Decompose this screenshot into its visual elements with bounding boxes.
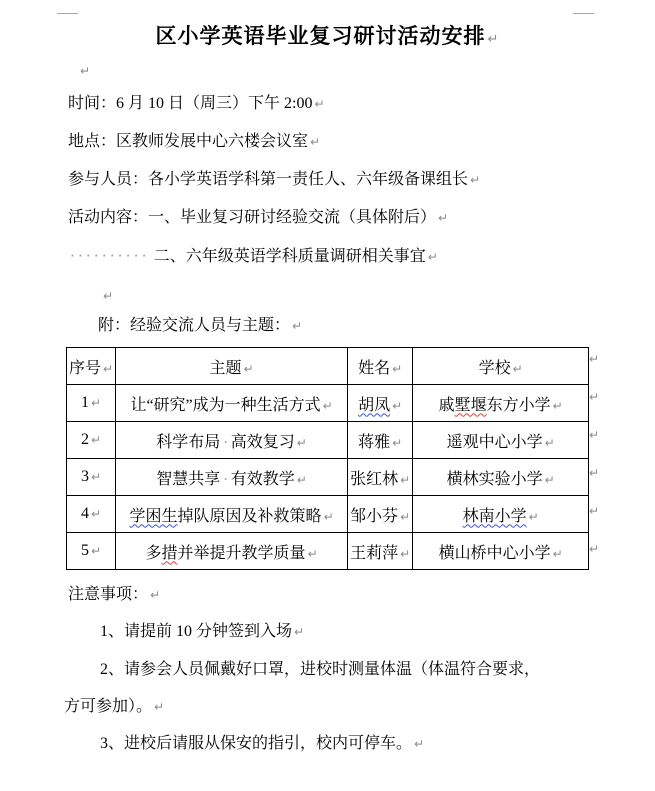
pilcrow-mark: ↵	[392, 399, 402, 413]
header-school-text: 学校	[479, 360, 511, 377]
space-mark: ·	[223, 472, 227, 488]
participants-text: 参与人员：各小学英语学科第一责任人、六年级备课组长	[68, 171, 468, 188]
paragraph-note-2-line-2: 方可参加）。↵	[64, 696, 164, 718]
pilcrow-mark: ↵	[154, 700, 164, 714]
paragraph-time: 时间：6 月 10 日（周三）下午 2:00↵	[68, 93, 325, 115]
cell-school: 横林实验小学↵	[413, 459, 589, 496]
pilcrow-mark: ↵	[428, 250, 438, 264]
row-no: 4	[81, 505, 89, 522]
pilcrow-mark: ↵	[545, 436, 555, 450]
cell-no: 1↵	[67, 385, 116, 422]
pilcrow-mark: ↵	[292, 319, 302, 333]
header-name-text: 姓名	[358, 360, 390, 377]
table-row: 3↵ 智慧共享·有效教学↵ 张红林↵ 横林实验小学↵	[67, 459, 589, 496]
row-no: 5	[81, 542, 89, 559]
speakers-table: 序号↵ 主题↵ 姓名↵ 学校↵ 1↵ 让“研究”成为一种生活方式↵ 胡凤↵ 戚墅…	[66, 347, 589, 570]
cell-theme: 让“研究”成为一种生活方式↵	[116, 385, 348, 422]
header-cell-name: 姓名↵	[348, 348, 413, 385]
school-text: 墅堰	[455, 397, 487, 414]
theme-text: 让“研究”成为一种生活方式	[130, 397, 320, 414]
theme-text: 有效教学	[231, 471, 295, 488]
content-1-text: 活动内容：一、毕业复习研讨经验交流（具体附后）	[68, 209, 436, 226]
table-row: 4↵ 学困生掉队原因及补救策略↵ 邹小芬↵ 林南小学↵	[67, 496, 589, 533]
cell-name: 邹小芬↵	[348, 496, 413, 533]
space-mark: ·	[223, 435, 227, 451]
note-1-text: 1、请提前 10 分钟签到入场	[100, 623, 292, 640]
note-3-text: 3、进校后请服从保安的指引，校内可停车。	[100, 735, 412, 752]
theme-text: 学困生	[130, 508, 178, 525]
pilcrow-mark: ↵	[314, 97, 324, 111]
note-2-text-cont: 方可参加）。	[64, 698, 152, 715]
cell-name: 王莉萍↵	[348, 533, 413, 570]
cell-no: 3↵	[67, 459, 116, 496]
empty-paragraph-mark: ↵	[78, 60, 90, 82]
cell-school: 横山桥中心小学↵	[413, 533, 589, 570]
pilcrow-mark: ↵	[308, 547, 318, 561]
table-header-row: 序号↵ 主题↵ 姓名↵ 学校↵	[67, 348, 589, 385]
row-no: 1	[81, 394, 89, 411]
crop-mark-top-right	[573, 13, 594, 14]
space-marks: ··········	[70, 247, 150, 265]
row-no: 3	[81, 468, 89, 485]
cell-no: 2↵	[67, 422, 116, 459]
attachment-text: 附：经验交流人员与主题：	[98, 317, 290, 334]
row-end-mark: ↵	[589, 428, 599, 442]
pilcrow-mark: ↵	[392, 362, 402, 376]
pilcrow-mark: ↵	[150, 588, 160, 602]
header-no-text: 序号	[69, 360, 101, 377]
header-cell-school: 学校↵	[413, 348, 589, 385]
document-page: 区小学英语毕业复习研讨活动安排↵ ↵ 时间：6 月 10 日（周三）下午 2:0…	[0, 0, 655, 791]
theme-text: 掉队原因及补救策略	[178, 508, 322, 525]
pilcrow-mark: ↵	[244, 362, 254, 376]
paragraph-note-1: 1、请提前 10 分钟签到入场↵	[100, 621, 304, 643]
theme-text: 智慧共享	[156, 471, 220, 488]
pilcrow-mark: ↵	[91, 544, 101, 558]
header-theme-text: 主题	[210, 360, 242, 377]
theme-text: 措	[162, 545, 178, 562]
cell-name: 张红林↵	[348, 459, 413, 496]
pilcrow-mark: ↵	[103, 289, 113, 303]
cell-no: 5↵	[67, 533, 116, 570]
content-2-text: 二、六年级英语学科质量调研相关事宜	[154, 248, 426, 265]
cell-school: 遥观中心小学↵	[413, 422, 589, 459]
pilcrow-mark: ↵	[91, 396, 101, 410]
cell-theme: 智慧共享·有效教学↵	[116, 459, 348, 496]
pilcrow-mark: ↵	[553, 399, 563, 413]
pilcrow-mark: ↵	[91, 433, 101, 447]
pilcrow-mark: ↵	[91, 470, 101, 484]
cell-name: 蒋雅↵	[348, 422, 413, 459]
paragraph-participants: 参与人员：各小学英语学科第一责任人、六年级备课组长↵	[68, 169, 480, 191]
paragraph-content-1: 活动内容：一、毕业复习研讨经验交流（具体附后）↵	[68, 207, 448, 229]
name-text: 王莉萍	[350, 545, 398, 562]
paragraph-note-2-line-1: 2、请参会人员佩戴好口罩，进校时测量体温（体温符合要求，	[100, 659, 540, 681]
pilcrow-mark: ↵	[400, 473, 410, 487]
pilcrow-mark: ↵	[529, 510, 539, 524]
school-text: 戚	[439, 397, 455, 414]
row-end-mark: ↵	[589, 542, 599, 556]
school-text: 东方小学	[487, 397, 551, 414]
pilcrow-mark: ↵	[80, 64, 90, 78]
theme-text: 科学布局	[156, 434, 220, 451]
theme-text: 高效复习	[231, 434, 295, 451]
school-text: 横林实验小学	[447, 471, 543, 488]
table-row: 5↵ 多措并举提升教学质量↵ 王莉萍↵ 横山桥中心小学↵	[67, 533, 589, 570]
pilcrow-mark: ↵	[400, 547, 410, 561]
time-text: 时间：6 月 10 日（周三）下午 2:00	[68, 95, 312, 112]
name-text: 胡凤	[358, 397, 390, 414]
cell-no: 4↵	[67, 496, 116, 533]
pilcrow-mark: ↵	[103, 362, 113, 376]
pilcrow-mark: ↵	[294, 625, 304, 639]
cell-name: 胡凤↵	[348, 385, 413, 422]
pilcrow-mark: ↵	[400, 510, 410, 524]
document-title-text: 区小学英语毕业复习研讨活动安排	[156, 24, 486, 48]
pilcrow-mark: ↵	[323, 399, 333, 413]
table-row: 2↵ 科学布局·高效复习↵ 蒋雅↵ 遥观中心小学↵	[67, 422, 589, 459]
pilcrow-mark: ↵	[513, 362, 523, 376]
pilcrow-mark: ↵	[392, 436, 402, 450]
header-cell-no: 序号↵	[67, 348, 116, 385]
theme-text: 并举提升教学质量	[178, 545, 306, 562]
table-row: 1↵ 让“研究”成为一种生活方式↵ 胡凤↵ 戚墅堰东方小学↵	[67, 385, 589, 422]
row-end-mark: ↵	[589, 466, 599, 480]
pilcrow-mark: ↵	[414, 737, 424, 751]
row-end-mark: ↵	[589, 390, 599, 404]
school-text: 横山桥中心小学	[439, 545, 551, 562]
notes-title-text: 注意事项：	[68, 586, 148, 603]
row-no: 2	[81, 431, 89, 448]
paragraph-place: 地点：区教师发展中心六楼会议室↵	[68, 131, 320, 153]
note-2-text: 2、请参会人员佩戴好口罩，进校时测量体温（体温符合要求，	[100, 661, 540, 678]
paragraph-attachment: 附：经验交流人员与主题：↵	[98, 315, 302, 337]
paragraph-note-3: 3、进校后请服从保安的指引，校内可停车。↵	[100, 733, 424, 755]
pilcrow-mark: ↵	[91, 507, 101, 521]
pilcrow-mark: ↵	[297, 473, 307, 487]
document-title: 区小学英语毕业复习研讨活动安排↵	[0, 20, 655, 50]
pilcrow-mark: ↵	[438, 211, 448, 225]
cell-school: 林南小学↵	[413, 496, 589, 533]
empty-paragraph-mark: ↵	[101, 285, 113, 307]
cell-school: 戚墅堰东方小学↵	[413, 385, 589, 422]
pilcrow-mark: ↵	[310, 135, 320, 149]
cell-theme: 科学布局·高效复习↵	[116, 422, 348, 459]
pilcrow-mark: ↵	[553, 547, 563, 561]
crop-mark-top-left	[57, 13, 78, 14]
paragraph-content-2: ··········二、六年级英语学科质量调研相关事宜↵	[70, 245, 438, 268]
row-end-mark: ↵	[589, 352, 599, 366]
school-text: 林南小学	[463, 508, 527, 525]
header-cell-theme: 主题↵	[116, 348, 348, 385]
name-text: 邹小芬	[350, 508, 398, 525]
name-text: 张红林	[350, 471, 398, 488]
row-end-mark: ↵	[589, 504, 599, 518]
cell-theme: 多措并举提升教学质量↵	[116, 533, 348, 570]
pilcrow-mark: ↵	[470, 173, 480, 187]
cell-theme: 学困生掉队原因及补救策略↵	[116, 496, 348, 533]
pilcrow-mark: ↵	[297, 436, 307, 450]
school-text: 遥观中心小学	[447, 434, 543, 451]
pilcrow-mark: ↵	[545, 473, 555, 487]
name-text: 蒋雅	[358, 434, 390, 451]
pilcrow-mark: ↵	[488, 32, 500, 47]
theme-text: 多	[146, 545, 162, 562]
paragraph-notes-title: 注意事项：↵	[68, 584, 160, 606]
pilcrow-mark: ↵	[324, 510, 334, 524]
place-text: 地点：区教师发展中心六楼会议室	[68, 133, 308, 150]
